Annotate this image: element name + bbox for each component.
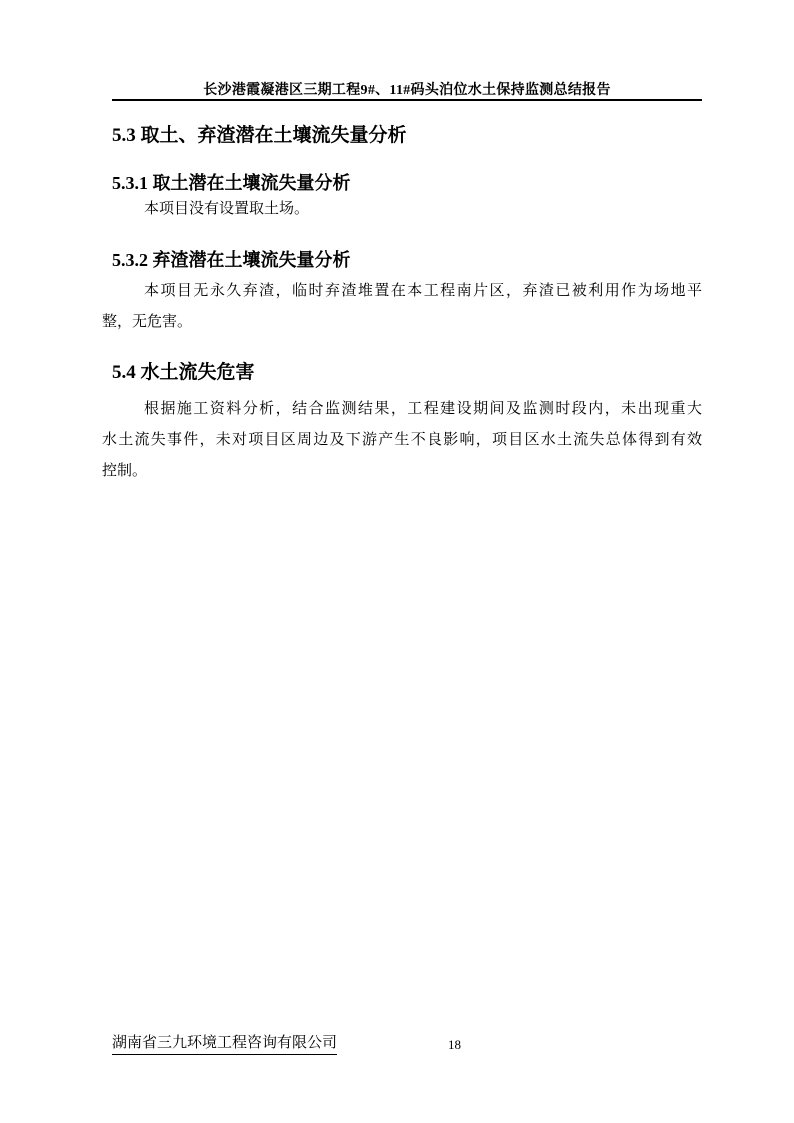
paragraph-5-3-2: 本项目无永久弃渣，临时弃渣堆置在本工程南片区，弃渣已被利用作为场地平 整，无危害… bbox=[102, 276, 702, 338]
heading-5-4: 5.4 水土流失危害 bbox=[112, 363, 255, 383]
paragraph-line: 本项目无永久弃渣，临时弃渣堆置在本工程南片区，弃渣已被利用作为场地平 bbox=[102, 276, 702, 307]
footer-company: 湖南省三九环境工程咨询有限公司 bbox=[112, 1035, 337, 1055]
header-rule bbox=[112, 99, 702, 101]
heading-5-3-2: 5.3.2 弃渣潜在土壤流失量分析 bbox=[112, 250, 351, 270]
page-number: 18 bbox=[448, 1037, 461, 1052]
heading-5-3: 5.3 取土、弃渣潜在土壤流失量分析 bbox=[112, 126, 407, 146]
paragraph-line: 本项目没有设置取土场。 bbox=[102, 198, 702, 220]
paragraph-line: 根据施工资料分析，结合监测结果，工程建设期间及监测时段内，未出现重大 bbox=[102, 394, 702, 425]
paragraph-line: 水土流失事件，未对项目区周边及下游产生不良影响，项目区水土流失总体得到有效 bbox=[102, 425, 702, 456]
document-page: 长沙港霞凝港区三期工程9#、11#码头泊位水土保持监测总结报告 5.3 取土、弃… bbox=[0, 0, 794, 1123]
heading-5-3-1: 5.3.1 取土潜在土壤流失量分析 bbox=[112, 173, 351, 193]
header-title: 长沙港霞凝港区三期工程9#、11#码头泊位水土保持监测总结报告 bbox=[112, 83, 702, 99]
paragraph-5-4: 根据施工资料分析，结合监测结果，工程建设期间及监测时段内，未出现重大 水土流失事… bbox=[102, 394, 702, 487]
paragraph-line: 整，无危害。 bbox=[102, 307, 702, 338]
paragraph-line: 控制。 bbox=[102, 456, 702, 487]
paragraph-5-3-1: 本项目没有设置取土场。 bbox=[102, 198, 702, 220]
